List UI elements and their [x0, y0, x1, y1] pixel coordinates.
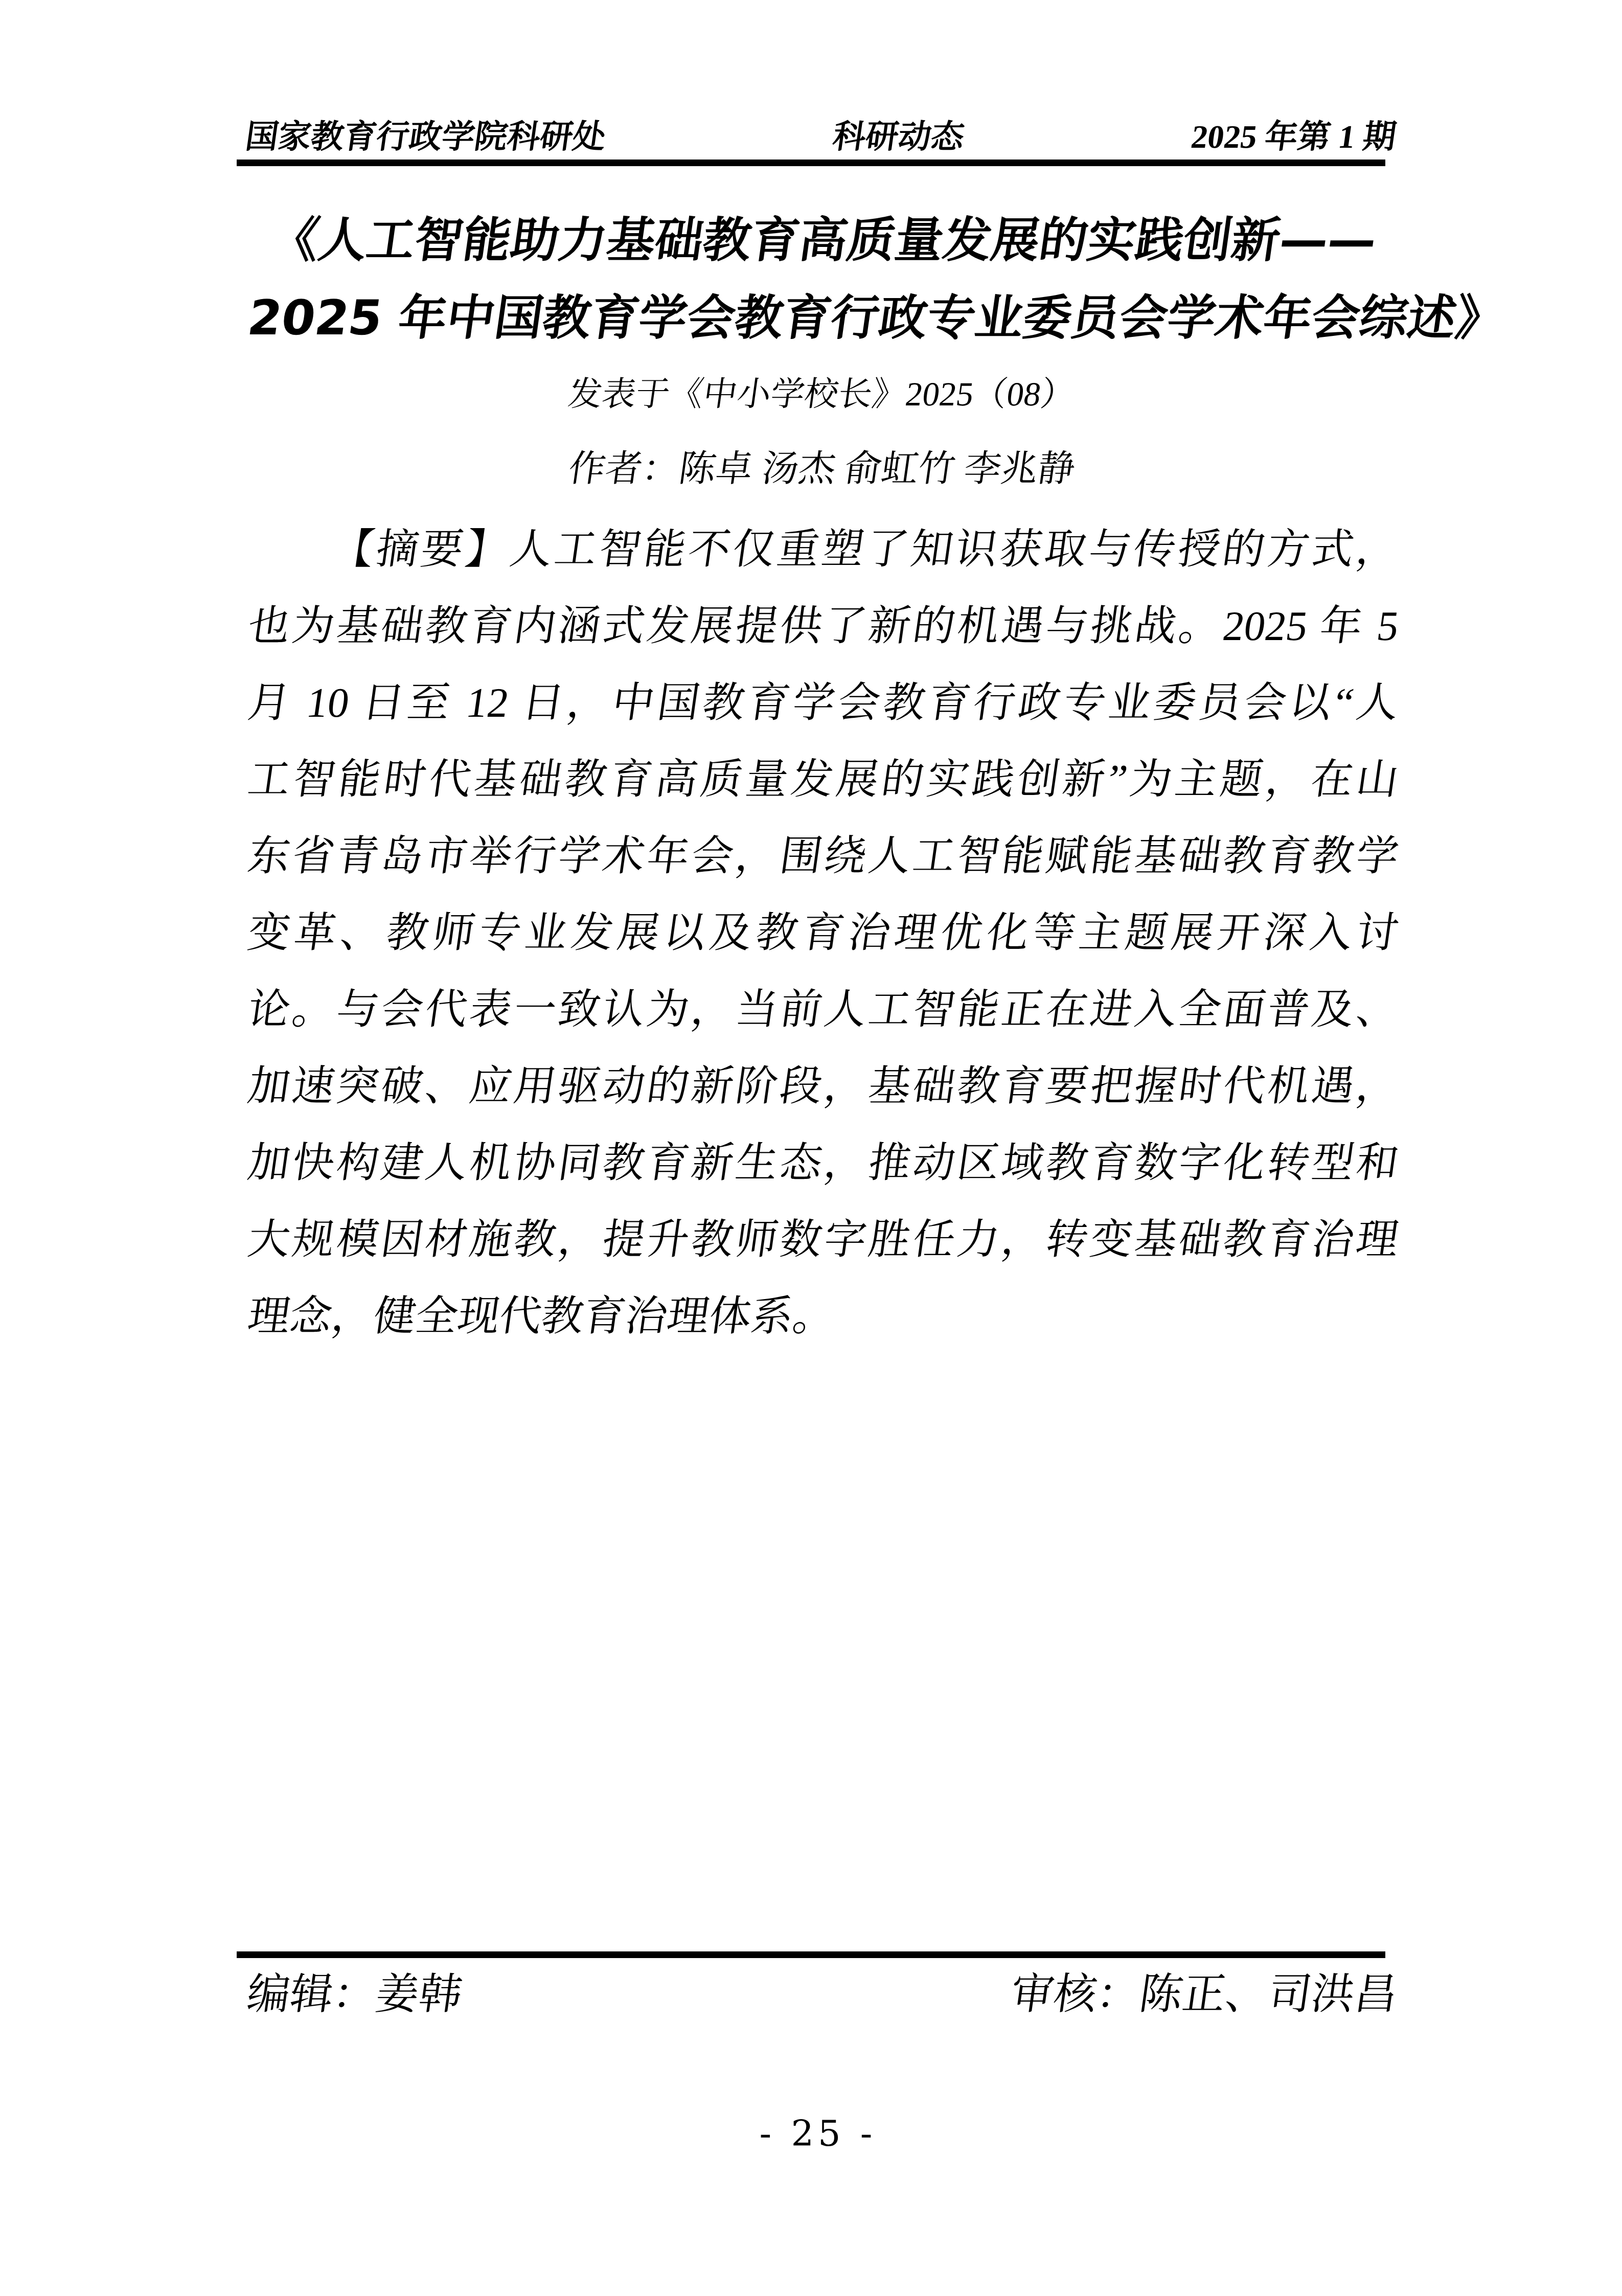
abstract-line: 【摘要】人工智能不仅重塑了知识获取与传授的方式，	[243, 511, 1404, 588]
footer-reviewer: 审核：陈正、司洪昌	[1007, 1964, 1402, 2026]
abstract-line: 理念，健全现代教育治理体系。	[243, 1278, 1404, 1355]
abstract-line: 工智能时代基础教育高质量发展的实践创新”为主题，在山	[243, 741, 1404, 818]
abstract-line: 也为基础教育内涵式发展提供了新的机遇与挑战。2025 年 5	[243, 588, 1404, 665]
abstract-paragraph: 【摘要】人工智能不仅重塑了知识获取与传授的方式，也为基础教育内涵式发展提供了新的…	[243, 511, 1393, 1355]
abstract-line: 变革、教师专业发展以及教育治理优化等主题展开深入讨	[243, 895, 1404, 971]
page-footer: 编辑：姜韩 审核：陈正、司洪昌	[243, 1964, 1393, 2026]
header-rule	[237, 160, 1385, 166]
abstract-line: 加速突破、应用驱动的新阶段，基础教育要把握时代机遇，	[243, 1048, 1404, 1125]
abstract-line: 论。与会代表一致认为，当前人工智能正在进入全面普及、	[243, 971, 1404, 1048]
author-line: 作者：陈卓 汤杰 俞虹竹 李兆静	[243, 441, 1401, 497]
abstract-line: 东省青岛市举行学术年会，围绕人工智能赋能基础教育教学	[243, 818, 1404, 895]
page-number: - 25 -	[243, 2110, 1393, 2156]
abstract-line: 加快构建人机协同教育新生态，推动区域教育数字化转型和	[243, 1125, 1404, 1201]
title-line-1: 《人工智能助力基础教育高质量发展的实践创新——	[243, 202, 1404, 280]
header-left-text: 国家教育行政学院科研处	[243, 117, 608, 157]
abstract-line: 月 10 日至 12 日，中国教育学会教育行政专业委员会以“人	[243, 665, 1404, 741]
header-right-text: 2025 年第 1 期	[1189, 117, 1399, 157]
document-page: 国家教育行政学院科研处 科研动态 2025 年第 1 期 《人工智能助力基础教育…	[0, 0, 1622, 2296]
title-line-2: 2025 年中国教育学会教育行政专业委员会学术年会综述》	[243, 280, 1404, 357]
footer-editor: 编辑：姜韩	[243, 1964, 466, 2026]
footer-rule	[237, 1951, 1385, 1958]
publication-line: 发表于《中小学校长》2025（08）	[243, 369, 1400, 420]
abstract-line: 大规模因材施教，提升教师数字胜任力，转变基础教育治理	[243, 1201, 1404, 1278]
header-center-text: 科研动态	[830, 117, 967, 157]
article-title: 《人工智能助力基础教育高质量发展的实践创新—— 2025 年中国教育学会教育行政…	[243, 202, 1393, 357]
page-header: 国家教育行政学院科研处 科研动态 2025 年第 1 期	[243, 117, 1393, 157]
